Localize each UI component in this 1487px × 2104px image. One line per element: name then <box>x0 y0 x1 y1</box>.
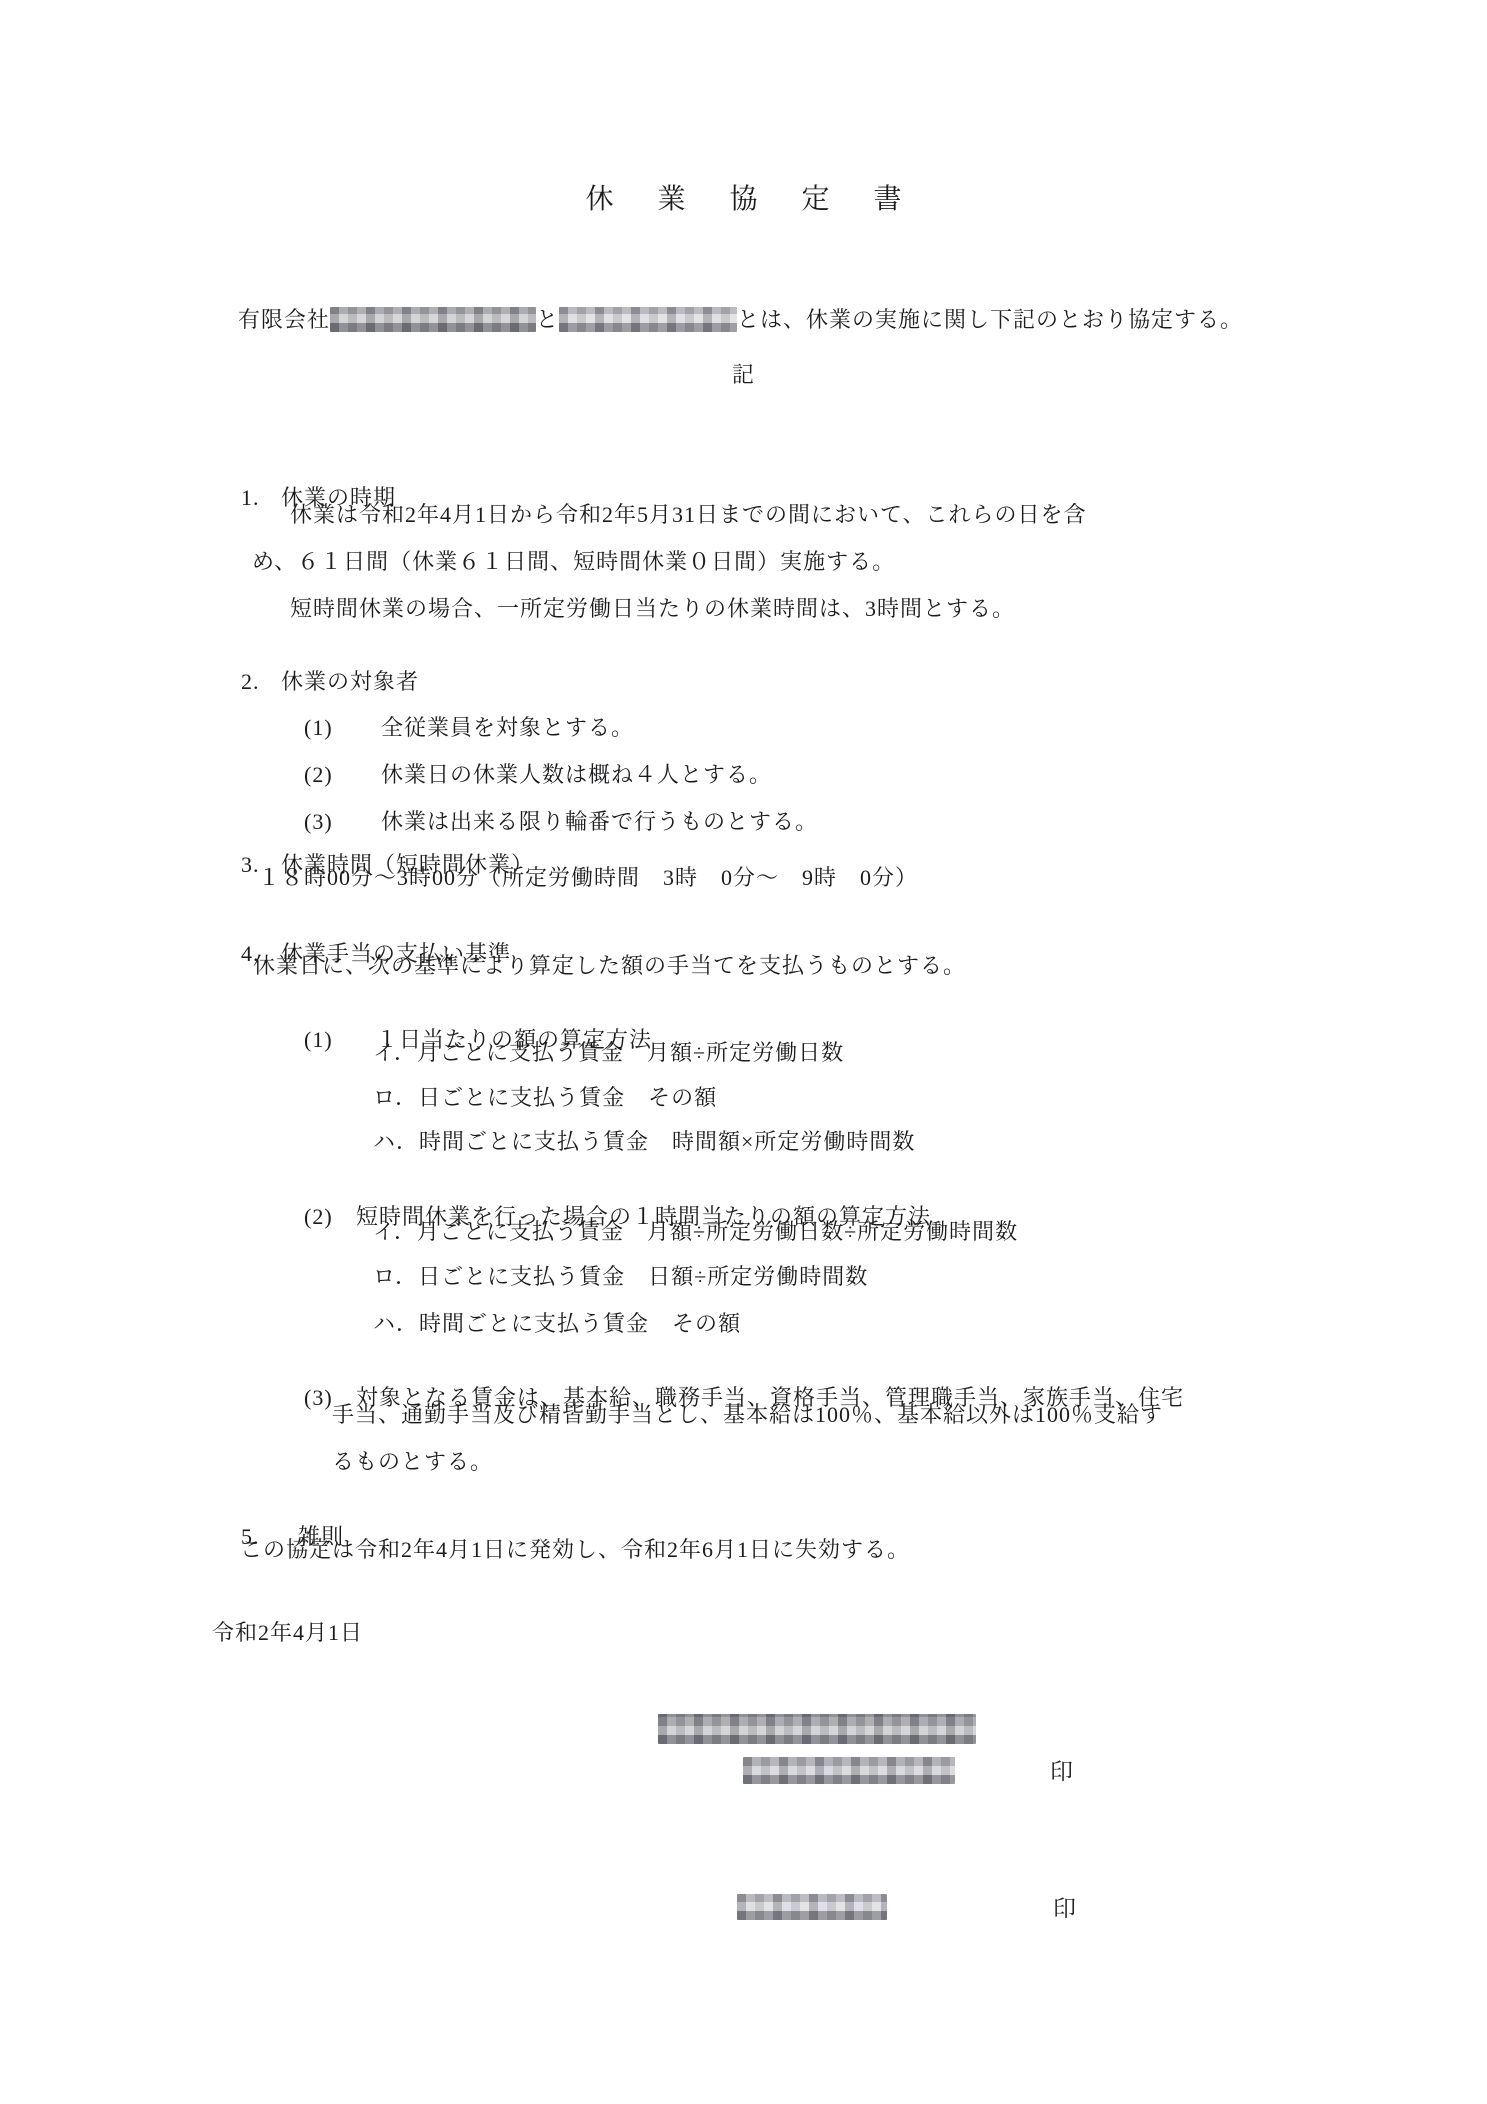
item-number: (2) <box>304 1202 356 1232</box>
item-number: (1) <box>304 1025 376 1055</box>
intro-prefix: 有限会社 <box>238 307 330 332</box>
section-1-line-3: 短時間休業の場合、一所定労働日当たりの休業時間は、3時間とする。 <box>290 594 1015 624</box>
worker-seal-mark: 印 <box>1053 1894 1076 1924</box>
section-4-item-1-a: イ．月ごとに支払う賃金 月額÷所定労働日数 <box>373 1038 844 1068</box>
section-1-line-1: 休業は令和2年4月1日から令和2年5月31日までの間において、これらの日を含 <box>290 500 1087 530</box>
section-4-item-3-line-2: 手当、通勤手当及び精皆勤手当とし、基本給は100％、基本給以外は100％支給す <box>332 1400 1163 1430</box>
ki-heading: 記 <box>0 360 1487 390</box>
section-4-item-2-c: ハ．時間ごとに支払う賃金 その額 <box>373 1309 741 1339</box>
redacted-company-name <box>330 307 536 332</box>
section-4-item-1-b: ロ．日ごとに支払う賃金 その額 <box>373 1083 717 1113</box>
intro-connector: と <box>536 307 559 332</box>
section-5-line-1: この協定は令和2年4月1日に発効し、令和2年6月1日に失効する。 <box>240 1535 910 1565</box>
redacted-signature-company-line <box>658 1714 976 1744</box>
section-2-number: 2. <box>241 667 281 697</box>
redacted-employee-name <box>559 307 737 332</box>
section-3-line-1: １８時00分～3時00分（所定労働時間 3時 0分～ 9時 0分） <box>258 863 918 893</box>
intro-suffix: とは、休業の実施に関し下記のとおり協定する。 <box>737 307 1243 332</box>
section-4-intro: 休業日に、次の基準により算定した額の手当てを支払うものとする。 <box>253 951 966 981</box>
officer-seal-mark: 印 <box>1050 1757 1073 1787</box>
section-1-number: 1. <box>241 483 281 513</box>
page-title: 休業協定書 <box>0 185 1487 215</box>
section-4-item-2-a: イ．月ごとに支払う賃金 月額÷所定労働日数÷所定労働時間数 <box>373 1217 1018 1247</box>
section-4-item-2-b: ロ．日ごとに支払う賃金 日額÷所定労働時間数 <box>373 1262 868 1292</box>
section-4-item-1-c: ハ．時間ごとに支払う賃金 時間額×所定労働時間数 <box>373 1127 915 1157</box>
section-4-item-3-line-3: るものとする。 <box>332 1447 493 1477</box>
agreement-document-page: 休業協定書 有限会社ととは、休業の実施に関し下記のとおり協定する。 記 1.休業… <box>0 0 1487 2104</box>
section-1-line-2: め、６１日間（休業６１日間、短時間休業０日間）実施する。 <box>252 547 895 577</box>
date-line: 令和2年4月1日 <box>212 1618 363 1648</box>
redacted-signature-officer-line <box>743 1757 955 1784</box>
redacted-signature-worker-line <box>737 1894 887 1920</box>
intro-line: 有限会社ととは、休業の実施に関し下記のとおり協定する。 <box>212 275 1243 365</box>
